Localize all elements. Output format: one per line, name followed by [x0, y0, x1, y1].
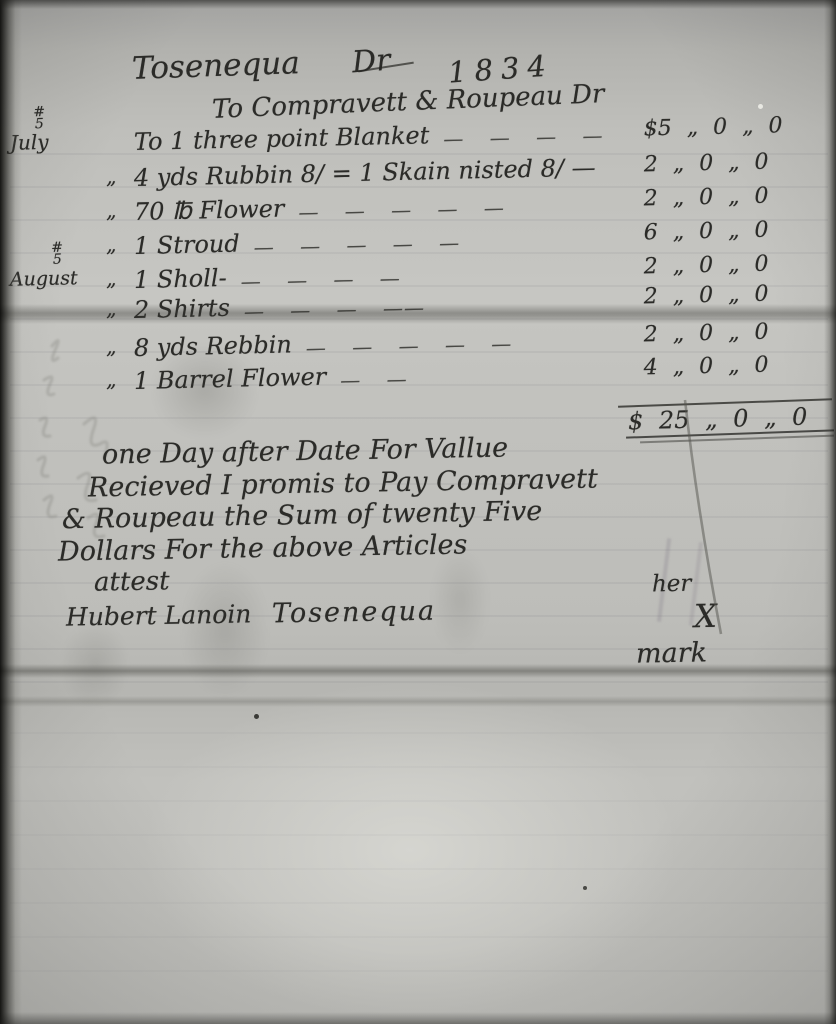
entry-text: 1 Sholl-: [134, 264, 241, 294]
attest-label: attest: [94, 566, 170, 597]
ditto-mark: „: [106, 198, 135, 223]
ditto-mark: „: [106, 334, 135, 359]
ink-speck: [254, 714, 259, 719]
page-edge-top: [0, 0, 836, 9]
witness-signature: Hubert Lanoin: [66, 599, 252, 631]
entry-text: 1 Stroud: [134, 229, 254, 260]
debtor-name: Tosenequa: [131, 45, 300, 87]
ditto-mark: „: [106, 296, 135, 321]
ink-speck: [583, 886, 587, 890]
entry-text: 70 ℔ Flower: [134, 194, 299, 226]
dash-leaders: — — — —: [443, 116, 644, 151]
ditto-mark: „: [106, 367, 135, 392]
page-edge-bottom: [0, 1012, 836, 1024]
price-text: 2 „ 0 „ 0: [643, 318, 836, 347]
ditto-mark: „: [106, 232, 135, 257]
page-edge-right: [824, 0, 836, 1024]
ditto-mark: „: [106, 266, 135, 291]
mark-label: mark: [636, 637, 707, 669]
ditto-mark: „: [106, 164, 135, 189]
price-text: 6 „ 0 „ 0: [643, 216, 836, 245]
debtor-suffix: Dr: [351, 43, 392, 81]
signer-name: Tosenequa: [272, 596, 437, 630]
pencil-stroke: [675, 398, 735, 638]
dash-leaders: [609, 152, 643, 159]
binding-edge-left: [0, 0, 22, 1024]
price-text: 4 „ 0 „ 0: [643, 351, 836, 380]
entry-text: 2 Shirts: [134, 293, 245, 323]
day-mark: # 5: [33, 106, 45, 130]
entry-text: 1 Barrel Flower: [134, 362, 341, 395]
entry-text: 8 yds Rebbin: [134, 330, 306, 362]
scanned-ledger-page: Tosenequa Dr 1834 To Compravett & Roupea…: [0, 0, 836, 1024]
ditto-mark: [106, 128, 134, 129]
paper-fleck: [758, 104, 763, 109]
entry-text: To 1 three point Blanket: [134, 121, 444, 156]
price-text: $5 „ 0 „ 0: [643, 112, 836, 141]
price-text: 2 „ 0 „ 0: [643, 280, 836, 309]
price-text: 2 „ 0 „ 0: [644, 148, 836, 177]
ruled-lines-faint: [10, 700, 828, 1000]
price-text: 2 „ 0 „ 0: [643, 250, 836, 279]
price-text: 2 „ 0 „ 0: [643, 182, 836, 211]
day-mark: # 5: [51, 242, 63, 266]
